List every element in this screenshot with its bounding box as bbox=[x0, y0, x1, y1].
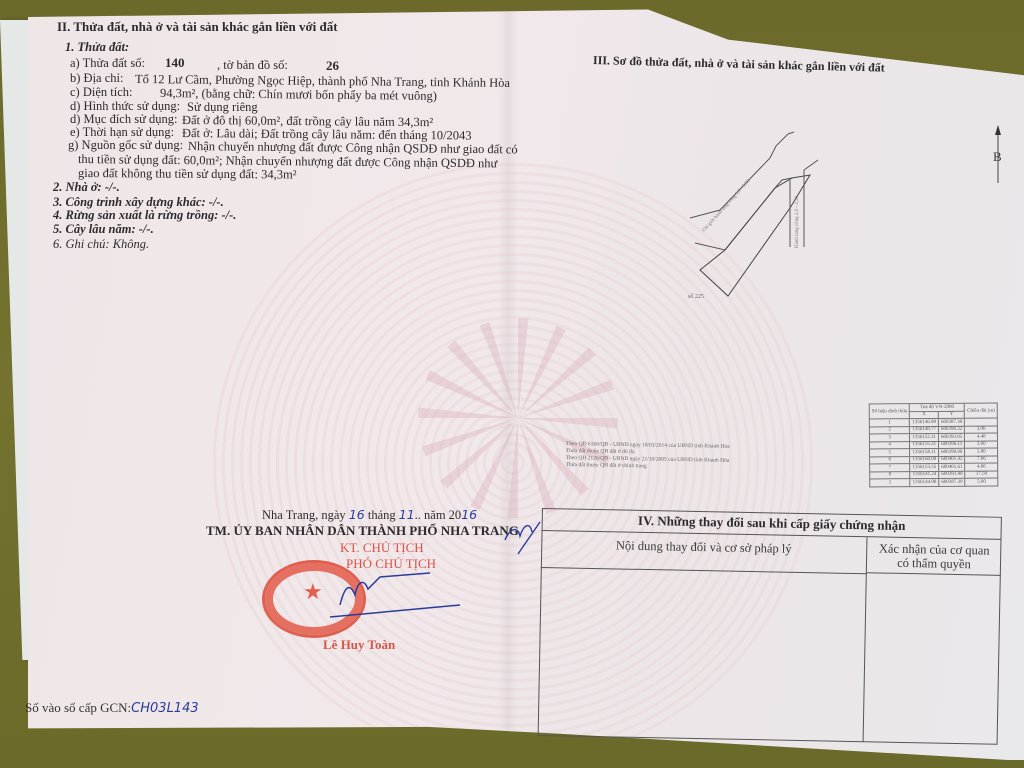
coordinate-row: 11356144.98600387.395.60 bbox=[870, 478, 998, 486]
forest-item: 4. Rừng sản xuất là rừng trồng: -/-. bbox=[53, 208, 236, 222]
map-sheet-label: , tờ bản đồ số: bbox=[217, 58, 288, 72]
signature-stroke bbox=[320, 565, 480, 625]
col-authority-confirm: Xác nhận của cơ quan có thẩm quyền bbox=[867, 537, 1002, 576]
parcel-no: 140 bbox=[165, 56, 185, 70]
perennial-item: 5. Cây lâu năm: -/-. bbox=[53, 222, 154, 236]
register-value: CH03L143 bbox=[131, 701, 198, 716]
north-label: B bbox=[993, 149, 1002, 165]
parcel-diagram: số 225 Chỉ giới hành lang công 1,5 - 5,5… bbox=[680, 120, 1020, 320]
col-change-content: Nội dung thay đổi và cơ sở pháp lý bbox=[541, 531, 868, 574]
area-label: c) Diện tích: bbox=[70, 85, 132, 99]
section-ii-title: II. Thửa đất, nhà ở và tài sản khác gắn … bbox=[57, 20, 338, 34]
other-construction-item: 3. Công trình xây dựng khác: -/-. bbox=[53, 195, 224, 209]
pp-title: KT. CHỦ TỊCH bbox=[340, 541, 424, 555]
col-vertex-id: Số hiệu đỉnh thửa bbox=[869, 404, 909, 419]
parcel-no-label: a) Thửa đất số: bbox=[70, 56, 145, 70]
map-sheet: 26 bbox=[326, 59, 339, 73]
year-handwritten: 16 bbox=[461, 507, 477, 522]
land-heading: 1. Thửa đất: bbox=[65, 40, 129, 54]
note-item: 6. Ghi chú: Không. bbox=[53, 237, 149, 251]
purpose-label: d) Mục đích sử dụng: bbox=[70, 112, 177, 126]
month-handwritten: 11 bbox=[399, 507, 415, 522]
use-form-label: d) Hình thức sử dụng: bbox=[70, 99, 180, 113]
origin-label: g) Nguồn gốc sử dụng: bbox=[68, 138, 183, 152]
planning-notes: Theo QĐ 6160/QĐ - UBND ngày 18/03/2014 c… bbox=[566, 441, 730, 472]
place-date: Nha Trang, ngày 16 tháng 11.. năm 2016 bbox=[262, 508, 477, 522]
register-number: Số vào sổ cấp GCN:CH03L143 bbox=[25, 700, 199, 716]
house-item: 2. Nhà ở: -/-. bbox=[53, 180, 120, 194]
day-handwritten: 16 bbox=[349, 507, 365, 522]
place-date-prefix: Nha Trang, ngày bbox=[262, 508, 346, 522]
use-form-value: Sử dụng riêng bbox=[187, 100, 258, 114]
month-label: tháng bbox=[368, 508, 396, 522]
register-label: Số vào sổ cấp GCN: bbox=[25, 700, 131, 715]
authority-title: TM. ỦY BAN NHÂN DÂN THÀNH PHỐ NHA TRANG bbox=[206, 524, 519, 538]
drum-star-watermark bbox=[418, 318, 618, 518]
term-label: e) Thời hạn sử dụng: bbox=[70, 125, 174, 139]
north-arrow: B bbox=[992, 125, 1004, 185]
corridor-label-2: Hành lang công 2,0 - 2,50 bbox=[795, 195, 800, 248]
corridor-label-1: Chỉ giới hành lang công 1,5 - 5,50 bbox=[702, 179, 752, 234]
signer-name: Lê Huy Toàn bbox=[323, 638, 395, 652]
year-label: năm 20 bbox=[424, 508, 461, 522]
col-length: Chiều dài (m) bbox=[965, 403, 998, 418]
neighbor-parcel-label: số 225 bbox=[688, 293, 704, 300]
coordinate-table: Số hiệu đỉnh thửa Toạ độ VN-2000 Chiều d… bbox=[869, 403, 999, 487]
changes-table: IV. Những thay đổi sau khi cấp giấy chứn… bbox=[538, 508, 1002, 745]
address-label: b) Địa chỉ: bbox=[70, 71, 123, 85]
